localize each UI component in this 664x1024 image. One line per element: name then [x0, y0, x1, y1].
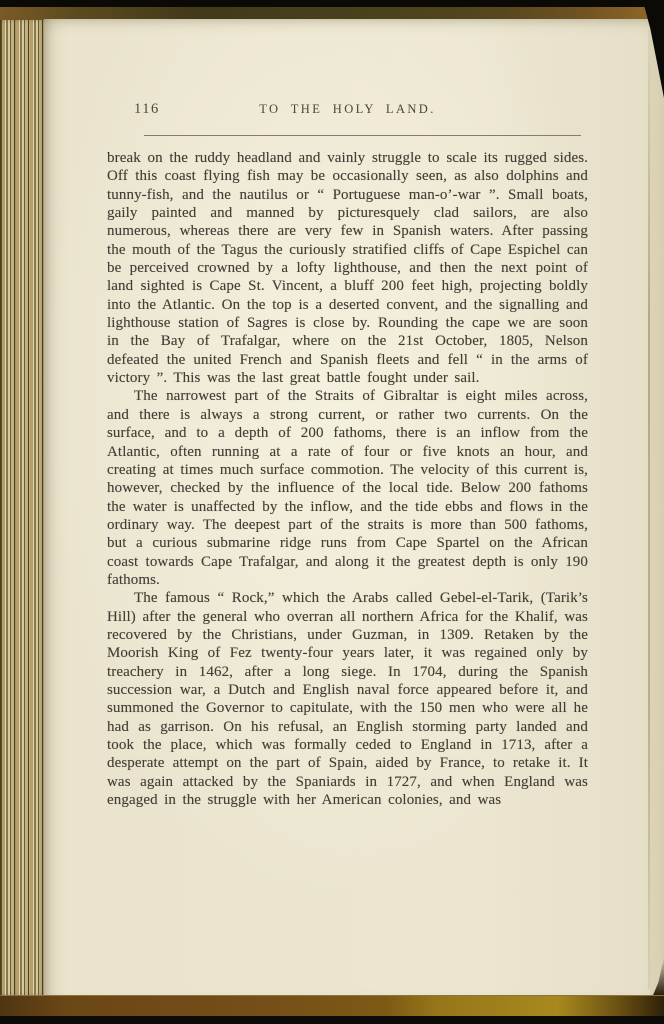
paragraph: The famous “ Rock,” which the Arabs call… [107, 589, 588, 809]
header-rule [144, 135, 581, 136]
running-title: TO THE HOLY LAND. [107, 102, 588, 117]
book-page: 116 TO THE HOLY LAND. break on the ruddy… [44, 19, 664, 997]
stacked-page-edges [0, 20, 46, 996]
page-header: 116 TO THE HOLY LAND. [107, 101, 588, 123]
paragraph: break on the ruddy headland and vainly s… [107, 149, 588, 387]
body-text: break on the ruddy headland and vainly s… [107, 149, 588, 809]
paragraph: The narrowest part of the Straits of Gib… [107, 387, 588, 589]
book-cover-bottom-edge [0, 995, 664, 1016]
page-crease-line [648, 29, 650, 989]
fore-edge-shading [650, 19, 664, 997]
